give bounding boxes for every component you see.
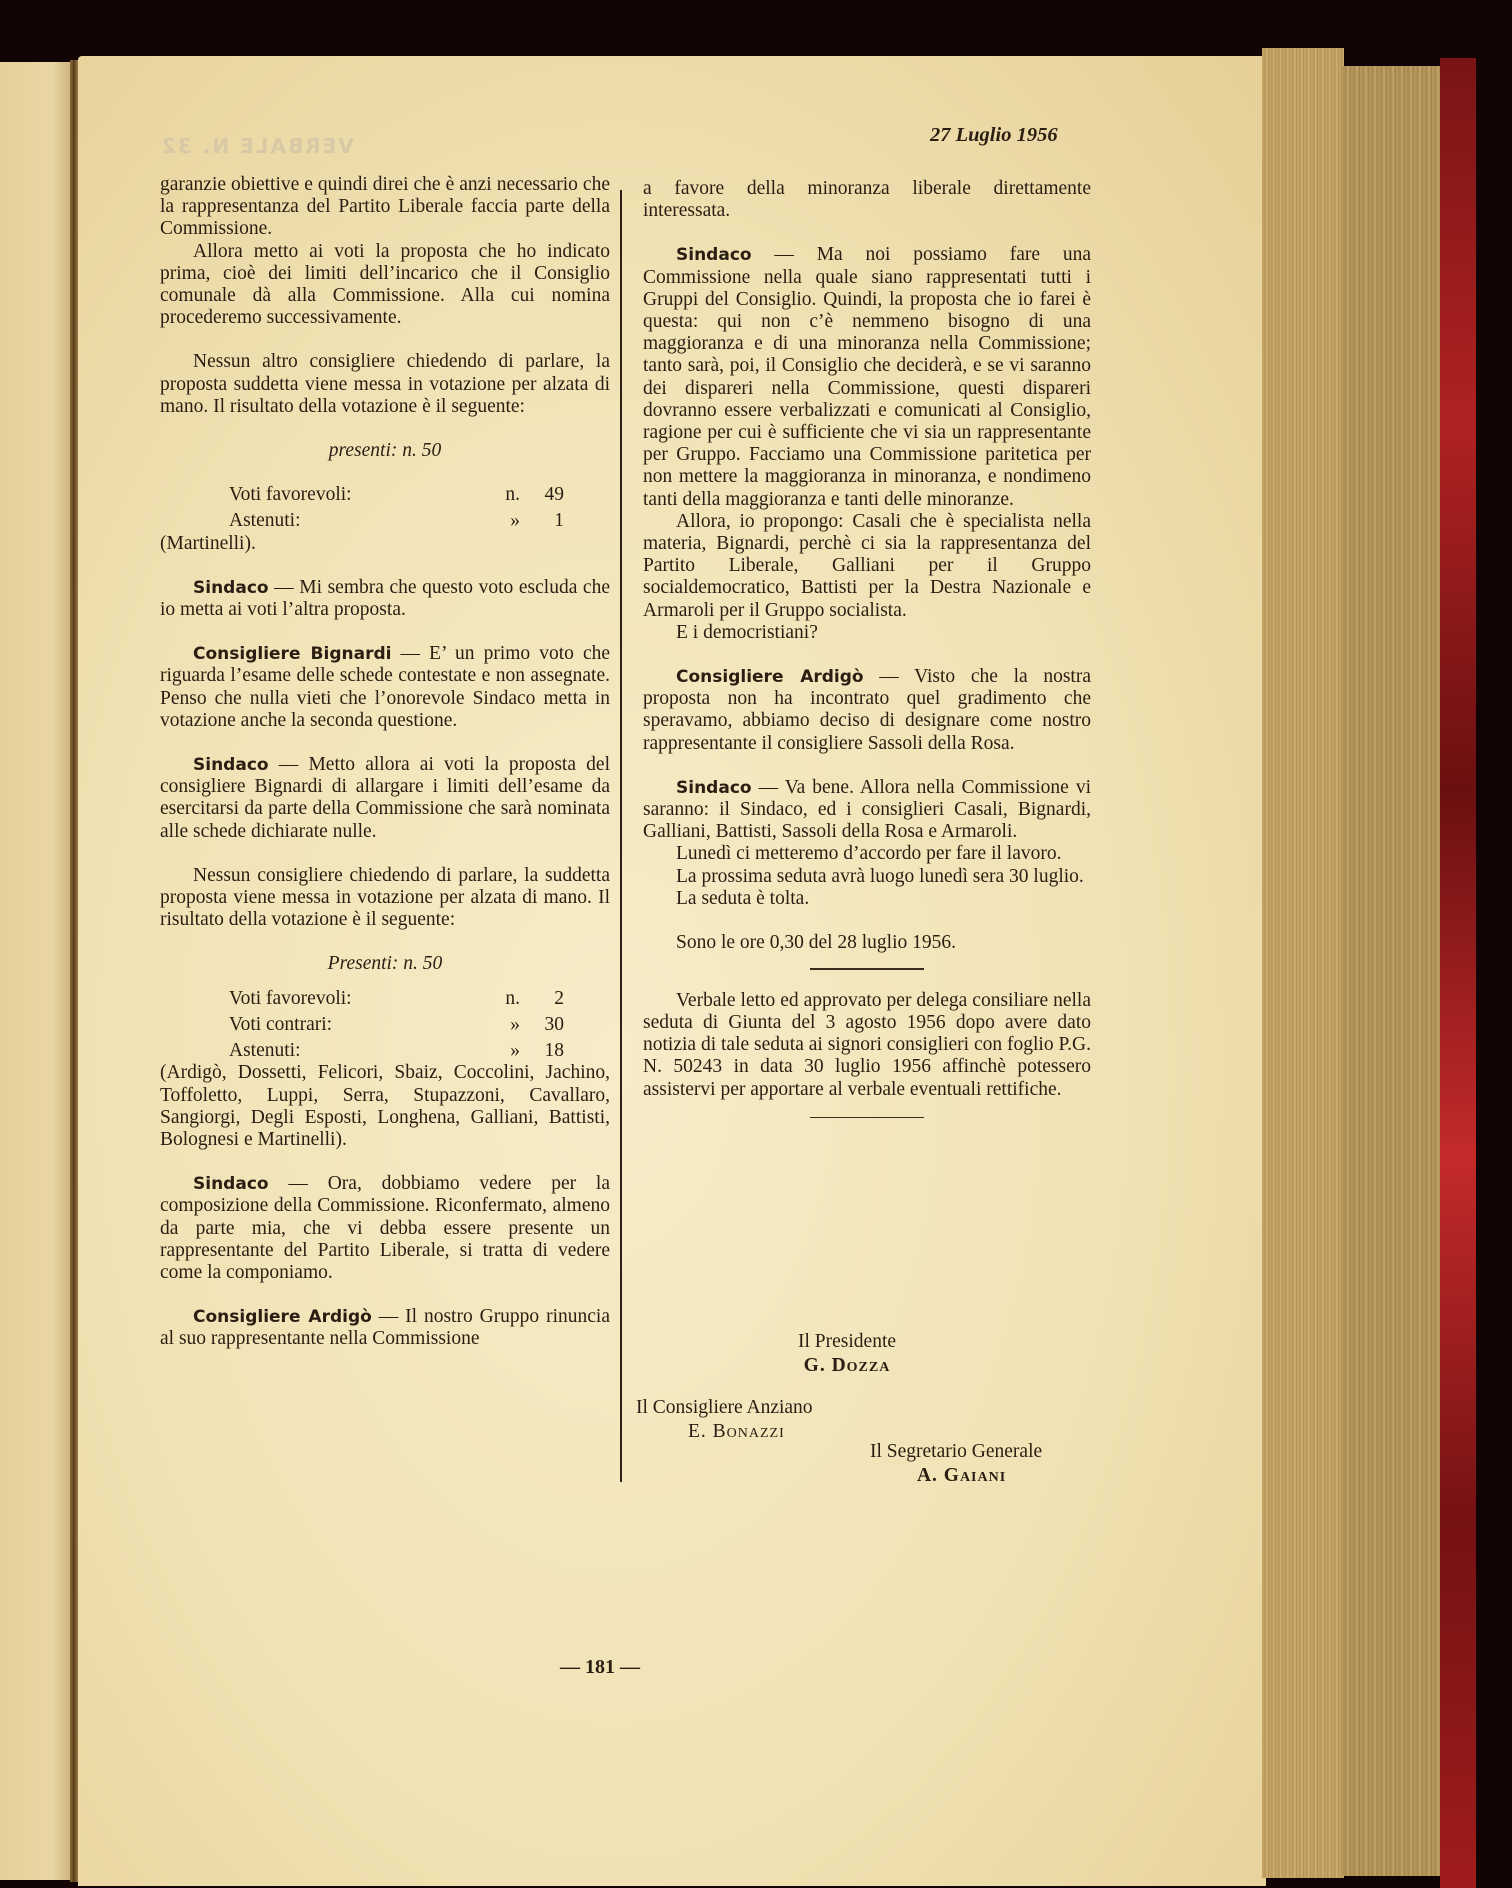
- paragraph: Allora metto ai voti la proposta che ho …: [160, 241, 610, 330]
- paragraph: Allora, io propongo: Casali che è specia…: [643, 511, 1091, 622]
- vote-row: Voti contrari: » 30: [160, 1014, 610, 1036]
- paragraph: La seduta è tolta.: [643, 888, 1091, 910]
- speech: Consigliere Ardigò — Il nostro Gruppo ri…: [160, 1306, 610, 1350]
- running-header-date: 27 Luglio 1956: [930, 124, 1058, 147]
- speaker-name: Sindaco: [193, 578, 269, 598]
- paragraph: a favore della minoranza liberale dirett…: [643, 178, 1091, 222]
- vote-note: (Martinelli).: [160, 533, 610, 555]
- paragraph: garanzie obiettive e quindi direi che è …: [160, 174, 610, 241]
- page-stack-edge: [1262, 48, 1344, 1878]
- approval-note: Verbale letto ed approvato per delega co…: [643, 990, 1091, 1101]
- paragraph: Lunedì ci metteremo d’accordo per fare i…: [643, 843, 1091, 865]
- page-number: — 181 —: [560, 1656, 640, 1679]
- vote-row: Astenuti: » 18: [160, 1040, 610, 1062]
- vote-row: Voti favorevoli: n. 2: [160, 988, 610, 1010]
- previous-page-edge: [0, 62, 74, 1880]
- secretary-name: A. Gaiani: [870, 1464, 1042, 1488]
- speech: Sindaco — Ora, dobbiamo vedere per la co…: [160, 1173, 610, 1284]
- president-name: G. Dozza: [798, 1354, 896, 1378]
- signature-secretary: Il Segretario Generale A. Gaiani: [870, 1440, 1042, 1488]
- vote-presenti: Presenti: n. 50: [160, 953, 610, 975]
- horizontal-rule: [810, 1117, 924, 1119]
- speech: Sindaco — Metto allora ai voti la propos…: [160, 754, 610, 843]
- elder-name: E. Bonazzi: [636, 1420, 813, 1444]
- column-divider: [620, 190, 622, 1482]
- speaker-name: Consigliere Ardigò: [193, 1307, 372, 1327]
- speech: Consigliere Ardigò — Visto che la nostra…: [643, 666, 1091, 755]
- speaker-name: Sindaco: [193, 755, 269, 775]
- speech: Consigliere Bignardi — E’ un primo voto …: [160, 643, 610, 732]
- closing-time: Sono le ore 0,30 del 28 luglio 1956.: [643, 932, 1091, 954]
- vote-note: (Ardigò, Dossetti, Felicori, Sbaiz, Cocc…: [160, 1062, 610, 1151]
- page-stack-edge-outer: [1342, 66, 1446, 1876]
- speech: Sindaco — Mi sembra che questo voto escl…: [160, 577, 610, 621]
- paragraph: Nessun consigliere chiedendo di parlare,…: [160, 865, 610, 932]
- vote-presenti: presenti: n. 50: [160, 440, 610, 462]
- paragraph: E i democristiani?: [643, 622, 1091, 644]
- speaker-name: Sindaco: [676, 245, 752, 265]
- bleed-through-header: VERBALE N. 32: [160, 134, 354, 158]
- speech: Sindaco — Ma noi possiamo fare una Commi…: [643, 244, 1091, 510]
- right-column: a favore della minoranza liberale dirett…: [643, 178, 1091, 1118]
- book-gutter: [70, 60, 78, 1882]
- vote-row: Voti favorevoli: n. 49: [160, 484, 610, 506]
- marbled-book-cover: [1440, 58, 1476, 1888]
- speech: Sindaco — Va bene. Allora nella Commissi…: [643, 777, 1091, 844]
- speaker-name: Consigliere Bignardi: [193, 644, 391, 664]
- speaker-name: Sindaco: [193, 1174, 269, 1194]
- vote-row: Astenuti: » 1: [160, 510, 610, 532]
- signature-elder-councillor: Il Consigliere Anziano E. Bonazzi: [636, 1396, 813, 1444]
- paragraph: Nessun altro consigliere chiedendo di pa…: [160, 351, 610, 418]
- speaker-name: Consigliere Ardigò: [676, 667, 864, 687]
- speaker-name: Sindaco: [676, 778, 752, 798]
- paragraph: La prossima seduta avrà luogo lunedì ser…: [643, 866, 1091, 888]
- left-column: garanzie obiettive e quindi direi che è …: [160, 174, 610, 1351]
- signature-president: Il Presidente G. Dozza: [798, 1330, 896, 1378]
